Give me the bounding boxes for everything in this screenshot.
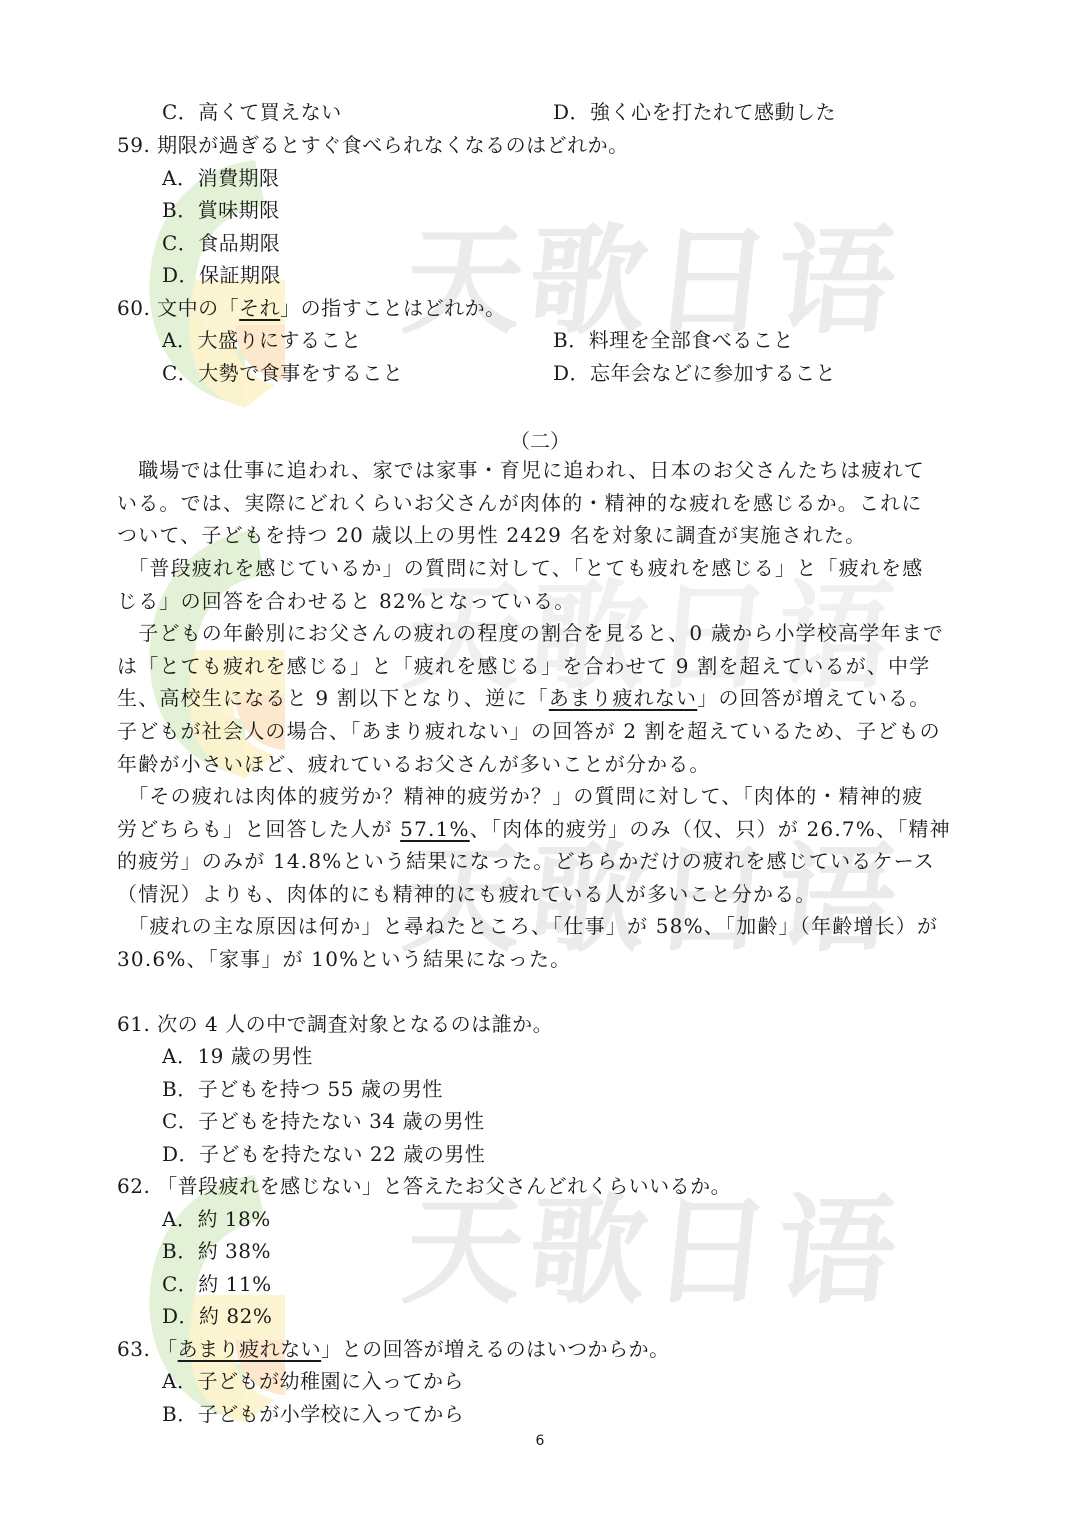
question-61-stem: 61. 次の 4 人の中で調査対象となるのは誰か。 xyxy=(117,1012,553,1036)
q60-option-c: C．大勢で食事をすること xyxy=(162,361,403,385)
passage-line: ついて、子どもを持つ 20 歳以上の男性 2429 名を対象に調査が実施された。 xyxy=(117,523,967,547)
watermark-text: 天歌日语 xyxy=(399,222,907,340)
q59-option-a: A．消費期限 xyxy=(162,166,279,190)
question-59-stem: 59. 期限が過ぎるとすぐ食べられなくなるのはどれか。 xyxy=(117,133,629,157)
option-c: C．高くて買えない xyxy=(162,100,342,124)
q63-stem-pre: 63. 「 xyxy=(117,1337,178,1361)
option-d: D．強く心を打たれて感動した xyxy=(553,100,836,124)
passage-line: は「とても疲れを感じる」と「疲れを感じる」を合わせて 9 割を超えているが、中学 xyxy=(117,654,967,678)
passage-line: 「その疲れは肉体的疲労か？精神的疲労か？」の質問に対して、「肉体的・精神的疲 xyxy=(117,784,967,808)
underlined-term: 57.1% xyxy=(400,817,470,841)
passage-line: 「普段疲れを感じているか」の質問に対して、「とても疲れを感じる」と「疲れを感 xyxy=(117,556,967,580)
q60-stem-pre: 60. 文中の「 xyxy=(117,296,239,320)
q60-option-a: A．大盛りにすること xyxy=(162,328,361,352)
passage-line: 年齢が小さいほど、疲れているお父さんが多いことが分かる。 xyxy=(117,752,967,776)
q61-option-b: B．子どもを持つ 55 歳の男性 xyxy=(162,1077,443,1101)
question-63-stem: 63. 「あまり疲れない」との回答が増えるのはいつからか。 xyxy=(117,1337,670,1361)
q62-option-a: A．約 18% xyxy=(162,1207,271,1231)
passage-line: 子どもが社会人の場合、「あまり疲れない」の回答が 2 割を超えているため、子ども… xyxy=(117,719,967,743)
passage-line: （情況）よりも、肉体的にも精神的にも疲れている人が多いこと分かる。 xyxy=(117,882,967,906)
q63-underlined-term: あまり疲れない xyxy=(178,1337,322,1361)
underlined-term: あまり疲れない xyxy=(549,686,697,710)
q62-option-c: C．約 11% xyxy=(162,1272,272,1296)
passage-line: 的疲労」のみが 14.8%という結果になった。どちらかだけの疲れを感じているケー… xyxy=(117,849,967,873)
passage-line: じる」の回答を合わせると 82%となっている。 xyxy=(117,589,967,613)
page-number: 6 xyxy=(0,1433,1080,1449)
q63-stem-post: 」との回答が増えるのはいつからか。 xyxy=(321,1337,670,1361)
q62-option-d: D．約 82% xyxy=(162,1304,272,1328)
passage-line: 労どちらも」と回答した人が 57.1%、「肉体的疲労」のみ（仅、只）が 26.7… xyxy=(117,817,967,841)
watermark-text: 天歌日语 xyxy=(399,1192,907,1310)
q63-option-a: A．子どもが幼稚園に入ってから xyxy=(162,1369,464,1393)
q61-option-a: A．19 歳の男性 xyxy=(162,1044,313,1068)
q59-option-c: C．食品期限 xyxy=(162,231,280,255)
exam-page: 天歌日语 天歌日语 天歌日语 天歌日语 C．高くて買えない D．強く心を打たれて… xyxy=(0,0,1080,1526)
q60-option-d: D．忘年会などに参加すること xyxy=(553,361,836,385)
q63-option-b: B．子どもが小学校に入ってから xyxy=(162,1402,464,1426)
question-60-stem: 60. 文中の「それ」の指すことはどれか。 xyxy=(117,296,506,320)
question-62-stem: 62. 「普段疲れを感じない」と答えたお父さんどれくらいいるか。 xyxy=(117,1174,731,1198)
q61-option-d: D．子どもを持たない 22 歳の男性 xyxy=(162,1142,485,1166)
passage-line: 職場では仕事に追われ、家では家事・育児に追われ、日本のお父さんたちは疲れて xyxy=(117,458,967,482)
passage-text: 労どちらも」と回答した人が xyxy=(117,817,400,841)
q59-option-d: D．保証期限 xyxy=(162,263,281,287)
passage-text: 」の回答が増えている。 xyxy=(697,686,930,710)
q60-underlined-term: それ xyxy=(239,296,280,320)
passage-line: 子どもの年齢別にお父さんの疲れの程度の割合を見ると、0 歳から小学校高学年まで xyxy=(117,621,967,645)
passage-text: 、「肉体的疲労」のみ（仅、只）が 26.7%、「精神 xyxy=(470,817,951,841)
passage-line: いる。では、実際にどれくらいお父さんが肉体的・精神的な疲れを感じるか。これに xyxy=(117,491,967,515)
q61-option-c: C．子どもを持たない 34 歳の男性 xyxy=(162,1109,484,1133)
q59-option-b: B．賞味期限 xyxy=(162,198,280,222)
section-title: （二） xyxy=(0,425,1080,454)
q62-option-b: B．約 38% xyxy=(162,1239,271,1263)
q60-stem-post: 」の指すことはどれか。 xyxy=(280,296,506,320)
q60-option-b: B．料理を全部食べること xyxy=(553,328,794,352)
passage-line: 30.6%、「家事」が 10%という結果になった。 xyxy=(117,947,967,971)
passage-line: 「疲れの主な原因は何か」と尋ねたところ、「仕事」が 58%、「加齢」（年齢增长）… xyxy=(117,914,967,938)
passage-text: 生、高校生になると 9 割以下となり、逆に「 xyxy=(117,686,549,710)
passage-line: 生、高校生になると 9 割以下となり、逆に「あまり疲れない」の回答が増えている。 xyxy=(117,686,967,710)
